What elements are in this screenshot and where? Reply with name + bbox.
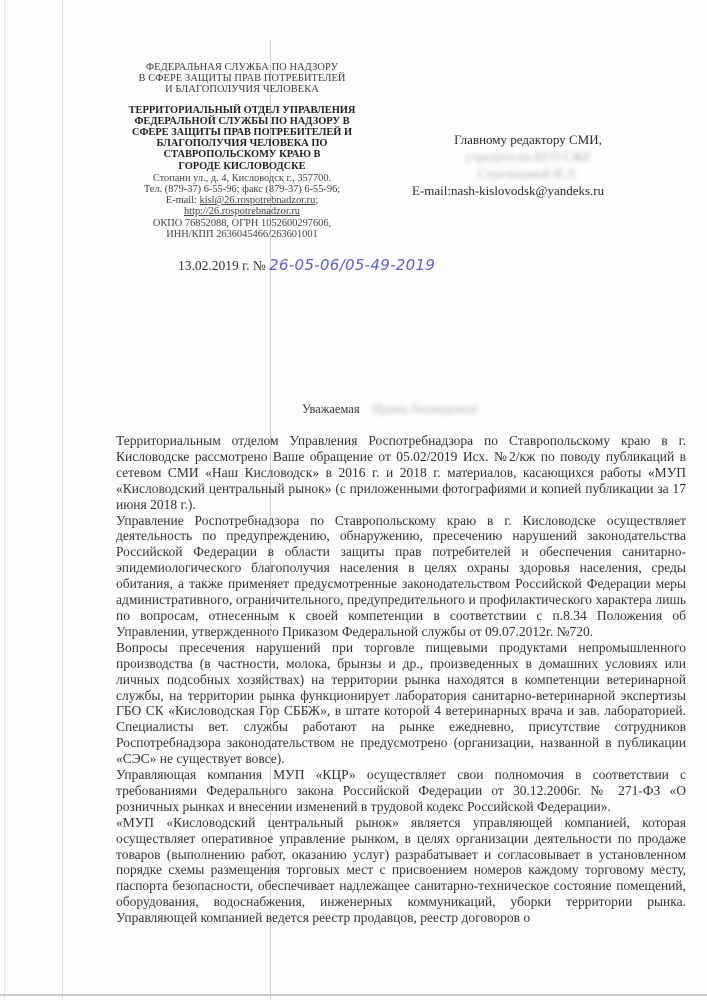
sender-inn-kpp: ИНН/КПП 2636045466/263601001 — [118, 229, 366, 240]
letter-body: Территориальным отделом Управления Роспо… — [116, 433, 686, 926]
sender-email-row: E-mail: kisl@26.rospotrebnadzor.ru; — [118, 195, 366, 206]
body-paragraph: Управление Роспотребнадзора по Ставропол… — [116, 513, 686, 640]
department-name: ТЕРРИТОРИАЛЬНЫЙ ОТДЕЛ УПРАВЛЕНИЯ ФЕДЕРАЛ… — [118, 105, 366, 172]
agency-name: ФЕДЕРАЛЬНАЯ СЛУЖБА ПО НАДЗОРУ В СФЕРЕ ЗА… — [118, 62, 366, 96]
body-paragraph: Территориальным отделом Управления Роспо… — [116, 433, 686, 513]
outgoing-date: 13.02.2019 г. № — [178, 258, 266, 273]
sender-phone: Тел. (879-37) 6-55-96; факс (879-37) 6-5… — [118, 184, 366, 195]
sender-okpo-ogrn: ОКПО 76852088, ОГРН 1052600297606, — [118, 218, 366, 229]
body-paragraph: «МУП «Кисловодский центральный рынок» яв… — [116, 815, 686, 926]
recipient-email: E-mail:nash-kislovodsk@yandeks.ru — [412, 182, 644, 199]
body-paragraph: Управляющая компания МУП «КЦР» осуществл… — [116, 767, 686, 815]
sender-website-link[interactable]: http://26.rospotrebnadzor.ru — [184, 206, 300, 217]
recipient-block: Главному редактору СМИ, учредителю КГО С… — [412, 131, 644, 199]
sender-email-link[interactable]: kisl@26.rospotrebnadzor.ru — [200, 195, 316, 206]
recipient-redacted-name: Стрельцовой И.Л. — [412, 165, 644, 182]
salutation: Уважаемая Ирина Леонидовна! — [302, 402, 479, 417]
handwritten-reg-number: 26-05-06/05-49-2019 — [269, 256, 435, 274]
salutation-word: Уважаемая — [302, 402, 360, 416]
scan-margin-line — [62, 0, 63, 1000]
recipient-redacted-line: учредителю КГО СЖР — [412, 148, 644, 165]
sender-address: Стопани ул., д. 4, Кисловодск г., 357700… — [118, 173, 366, 184]
sender-letterhead: ФЕДЕРАЛЬНАЯ СЛУЖБА ПО НАДЗОРУ В СФЕРЕ ЗА… — [118, 62, 366, 240]
salutation-redacted-name: Ирина Леонидовна! — [373, 402, 479, 416]
outgoing-date-number: 13.02.2019 г. № 26-05-06/05-49-2019 — [178, 256, 435, 274]
recipient-title: Главному редактору СМИ, — [412, 131, 644, 148]
scan-edge-line — [4, 0, 5, 1000]
sender-website: http://26.rospotrebnadzor.ru — [118, 206, 366, 217]
body-paragraph: Вопросы пресечения нарушений при торговл… — [116, 640, 686, 767]
scan-bottom-edge — [0, 994, 707, 996]
sender-contacts: Стопани ул., д. 4, Кисловодск г., 357700… — [118, 173, 366, 240]
